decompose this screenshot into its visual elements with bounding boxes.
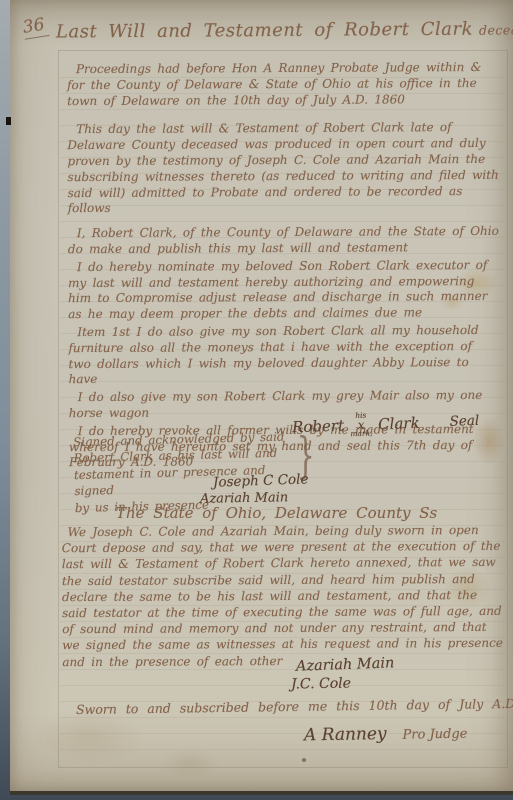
deposition-text: We Joseph C. Cole and Azariah Main, bein… <box>62 522 507 670</box>
paragraph-proceedings: Proceedings had before Hon A Ranney Prob… <box>67 60 499 110</box>
page-title: Last Will and Testament of Robert Clarkd… <box>56 18 492 42</box>
title-main: Last Will and Testament of Robert Clark <box>56 19 473 43</box>
testator-last-name: Clark <box>378 413 420 432</box>
judge-name: A Ranney <box>304 724 387 745</box>
state-county-heading: The State of Ohio, Delaware County Ss <box>116 504 437 522</box>
paragraph-declaration: I, Robert Clark, of the County of Delawa… <box>68 224 500 258</box>
attestation-witness-signature: Joseph C Cole <box>213 471 309 490</box>
his-mark: his x mark, <box>350 411 373 437</box>
document-photo: 36 Last Will and Testament of Robert Cla… <box>0 0 513 800</box>
title-suffix: deceased <box>479 22 513 37</box>
witness-deposition: We Joseph C. Cole and Azariah Main, bein… <box>62 522 507 670</box>
ledger-page: 36 Last Will and Testament of Robert Cla… <box>10 0 513 795</box>
paragraph-executor: I do hereby nominate my beloved Son Robe… <box>68 258 500 323</box>
judge-title: Pro Judge <box>402 727 467 743</box>
edge-speck <box>6 117 11 125</box>
deposition-witness-signature: J.C. Cole <box>291 675 351 692</box>
page-number: 36 <box>21 14 49 40</box>
paragraph-item-1: Item 1st I do also give my son Robert Cl… <box>68 323 500 388</box>
mark-label-bottom: mark, <box>350 429 372 437</box>
seal-label: Seal <box>449 412 479 429</box>
judge-signature: A Ranney Pro Judge <box>304 723 468 746</box>
paragraph-probate-record: This day the last will & Testament of Ro… <box>67 120 499 217</box>
ink-speck <box>302 758 306 762</box>
